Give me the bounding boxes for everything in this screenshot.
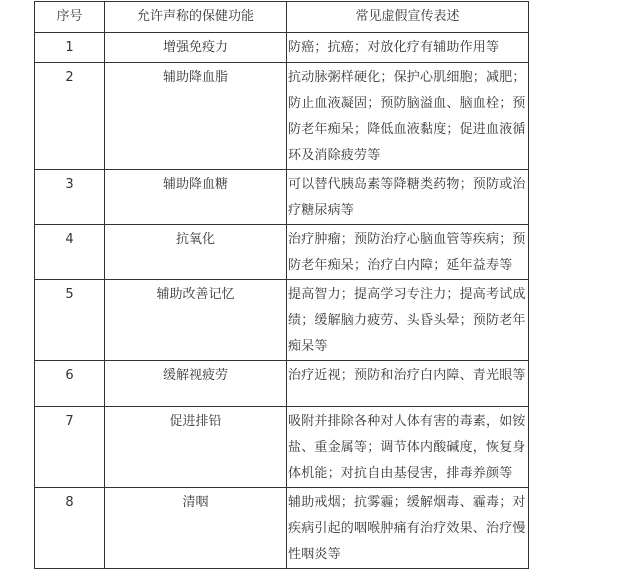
table-row: 5 辅助改善记忆 提高智力；提高学习专注力；提高考试成绩；缓解脑力疲劳、头昏头晕… xyxy=(35,280,529,361)
cell-claims: 提高智力；提高学习专注力；提高考试成绩；缓解脑力疲劳、头昏头晕；预防老年痴呆等 xyxy=(287,280,529,361)
table-row: 2 辅助降血脂 抗动脉粥样硬化；保护心肌细胞；减肥；防止血液凝固；预防脑溢血、脑… xyxy=(35,63,529,170)
cell-function: 辅助降血脂 xyxy=(105,63,287,170)
cell-function: 辅助改善记忆 xyxy=(105,280,287,361)
cell-claims: 防癌；抗癌；对放化疗有辅助作用等 xyxy=(287,33,529,63)
table-row: 4 抗氧化 治疗肿瘤；预防治疗心脑血管等疾病；预防老年痴呆；治疗白内障；延年益寿… xyxy=(35,225,529,280)
table-row: 8 清咽 辅助戒烟；抗雾霾；缓解烟毒、霾毒；对疾病引起的咽喉肿痛有治疗效果、治疗… xyxy=(35,488,529,558)
cell-serial-number: 1 xyxy=(35,33,105,63)
cell-claims: 吸附并排除各种对人体有害的毒素，如铵盐、重金属等；调节体内酸碱度，恢复身体机能；… xyxy=(287,407,529,488)
cell-serial-number: 2 xyxy=(35,63,105,170)
cell-function: 促进排铅 xyxy=(105,407,287,488)
header-permitted-function: 允许声称的保健功能 xyxy=(105,2,287,33)
cell-function: 增强免疫力 xyxy=(105,33,287,63)
table-row: 3 辅助降血糖 可以替代胰岛素等降糖类药物；预防或治疗糖尿病等 xyxy=(35,170,529,225)
cell-function: 缓解视疲劳 xyxy=(105,361,287,407)
cell-claims: 抗动脉粥样硬化；保护心肌细胞；减肥；防止血液凝固；预防脑溢血、脑血栓；预防老年痴… xyxy=(287,63,529,170)
cell-serial-number: 4 xyxy=(35,225,105,280)
table-row: 1 增强免疫力 防癌；抗癌；对放化疗有辅助作用等 xyxy=(35,33,529,63)
health-function-claims-table: 序号 允许声称的保健功能 常见虚假宣传表述 1 增强免疫力 防癌；抗癌；对放化疗… xyxy=(34,1,529,557)
table-row: 7 促进排铅 吸附并排除各种对人体有害的毒素，如铵盐、重金属等；调节体内酸碱度，… xyxy=(35,407,529,488)
cell-serial-number: 3 xyxy=(35,170,105,225)
cell-serial-number: 6 xyxy=(35,361,105,407)
cell-serial-number: 7 xyxy=(35,407,105,488)
cell-claims: 治疗近视；预防和治疗白内障、青光眼等 xyxy=(287,361,529,407)
header-serial-number: 序号 xyxy=(35,2,105,33)
cell-serial-number: 8 xyxy=(35,488,105,558)
cell-claims: 可以替代胰岛素等降糖类药物；预防或治疗糖尿病等 xyxy=(287,170,529,225)
header-false-claims: 常见虚假宣传表述 xyxy=(287,2,529,33)
cell-function: 抗氧化 xyxy=(105,225,287,280)
cell-function: 辅助降血糖 xyxy=(105,170,287,225)
cell-function: 清咽 xyxy=(105,488,287,558)
table-header-row: 序号 允许声称的保健功能 常见虚假宣传表述 xyxy=(35,2,529,33)
cell-claims: 治疗肿瘤；预防治疗心脑血管等疾病；预防老年痴呆；治疗白内障；延年益寿等 xyxy=(287,225,529,280)
table-row: 6 缓解视疲劳 治疗近视；预防和治疗白内障、青光眼等 xyxy=(35,361,529,407)
cell-claims: 辅助戒烟；抗雾霾；缓解烟毒、霾毒；对疾病引起的咽喉肿痛有治疗效果、治疗慢性咽炎等 xyxy=(287,488,529,558)
cell-serial-number: 5 xyxy=(35,280,105,361)
